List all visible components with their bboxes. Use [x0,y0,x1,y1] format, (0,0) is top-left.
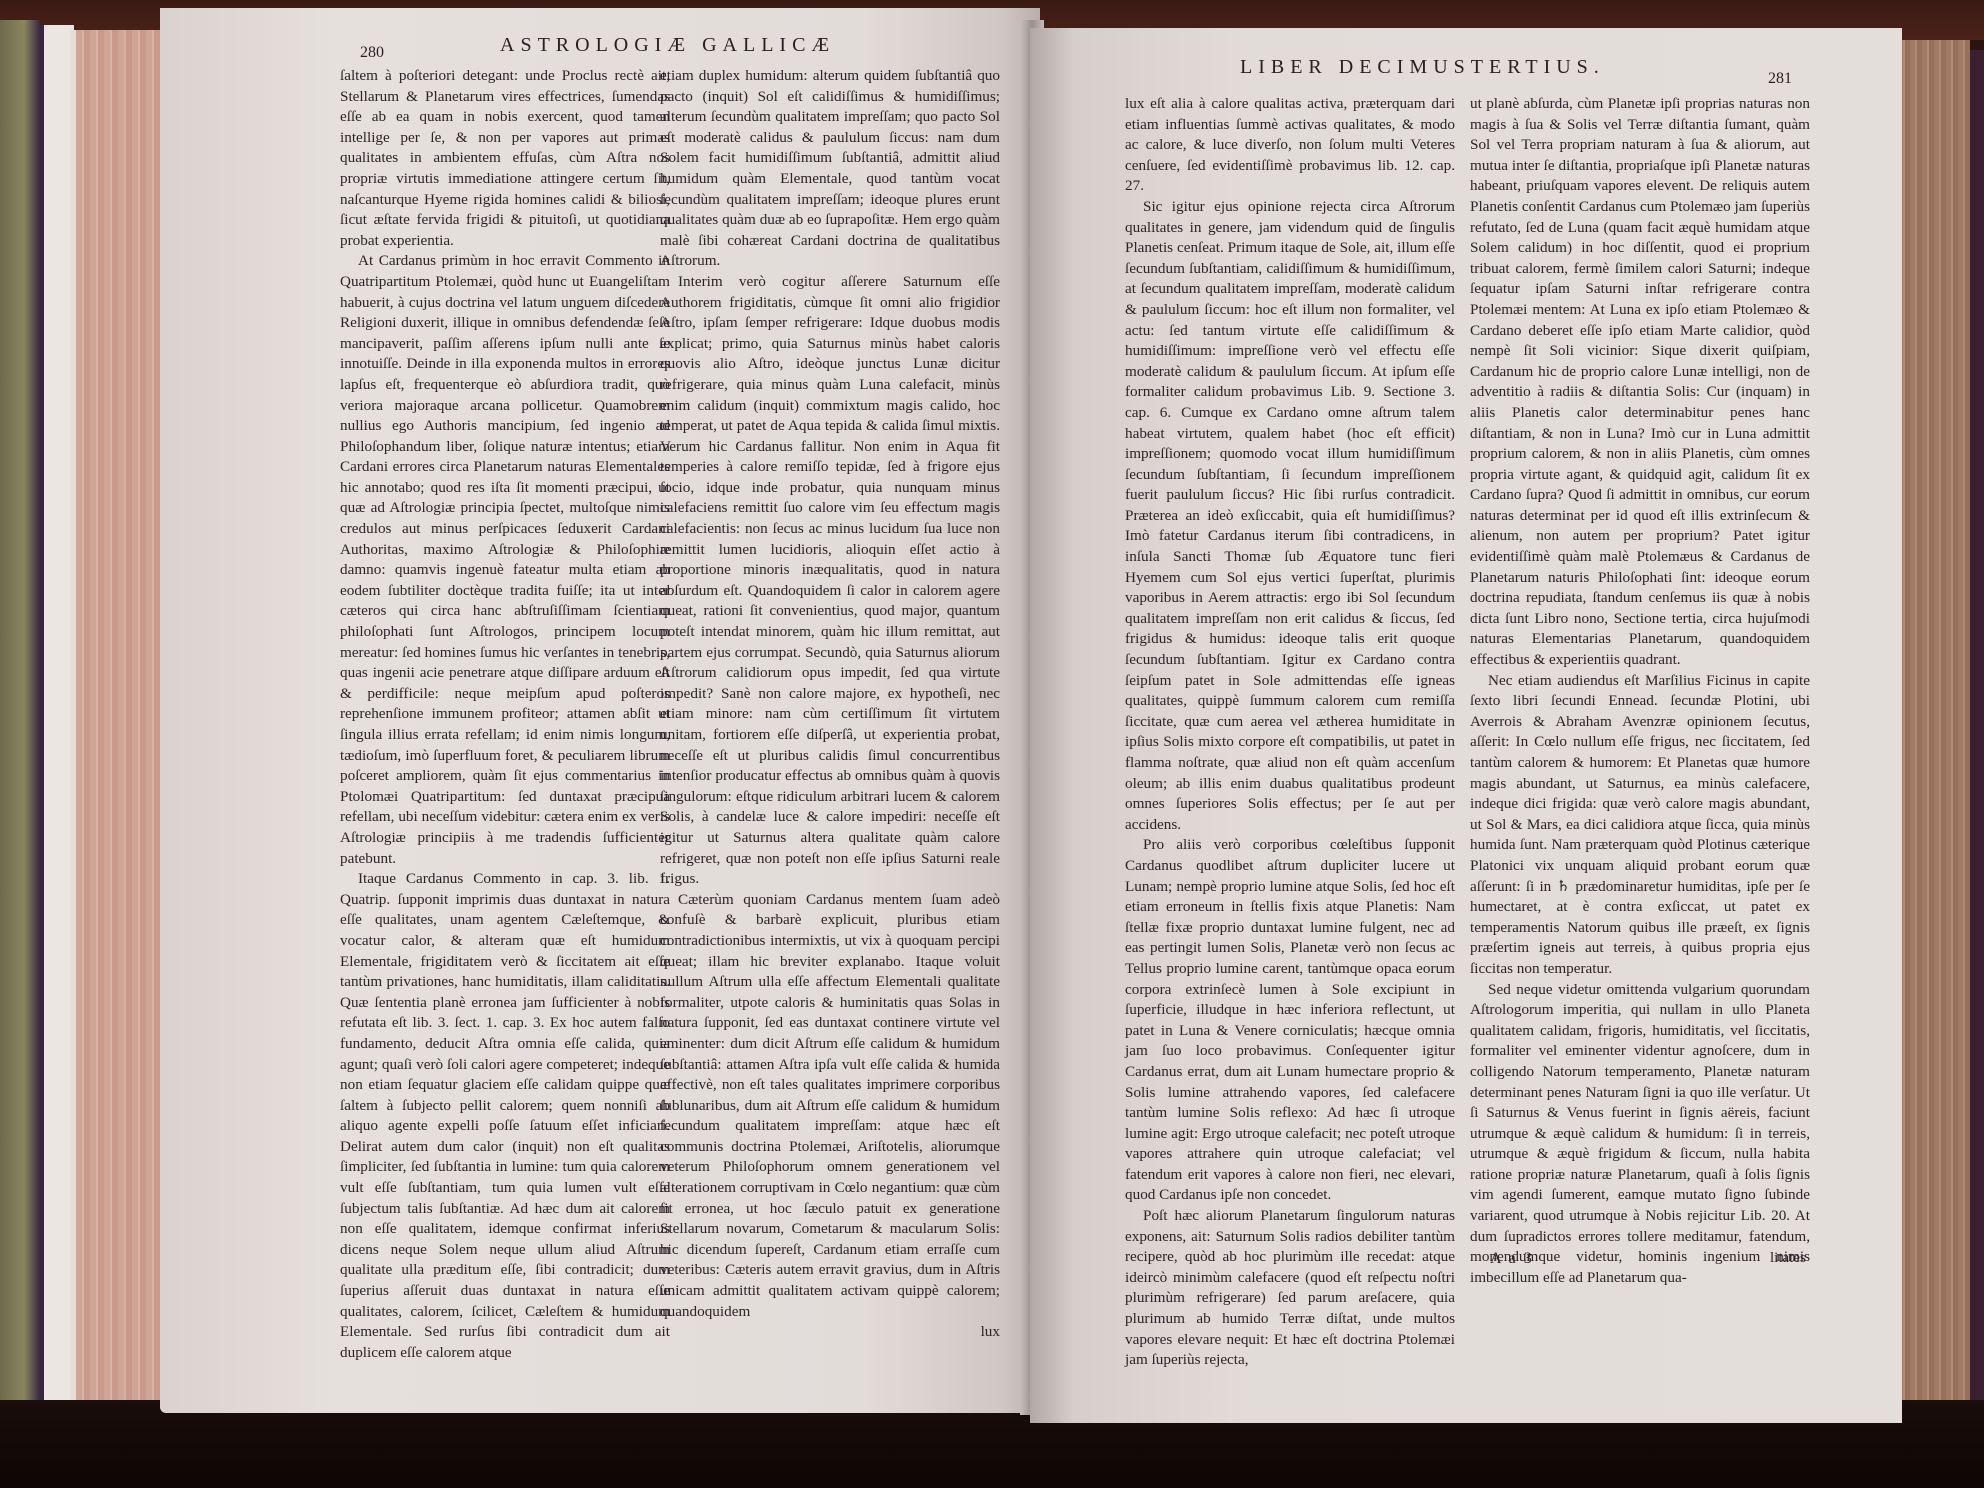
book-cover-right [1970,50,1984,1420]
right-page: LIBER DECIMUSTERTIUS. 281 lux eſt alia à… [1030,28,1902,1423]
paragraph: ut planè abſurda, cùm Planetæ ipſi propr… [1470,94,1810,671]
signature-mark: A a 3 [1490,1250,1534,1268]
catchword-left: lux [660,1322,1000,1343]
running-head-left: ASTROLOGIÆ GALLICÆ [500,34,835,57]
right-page-column-2: ut planè abſurda, cùm Planetæ ipſi propr… [1470,94,1810,1288]
paragraph: Interim verò cogitur aſſerere Saturnum e… [660,272,1000,890]
page-edges-right [1898,40,1970,1420]
page-edges-left [70,30,166,1410]
left-page-column-1: ſaltem à poſteriori detegant: unde Procl… [340,66,670,1363]
paragraph: Poſt hæc aliorum Planetarum ſingulorum n… [1125,1206,1455,1371]
paragraph: etiam duplex humidum: alterum quidem ſub… [660,66,1000,272]
left-page-column-2: etiam duplex humidum: alterum quidem ſub… [660,66,1000,1343]
paragraph: ſaltem à poſteriori detegant: unde Procl… [340,66,670,251]
paragraph: Sed neque videtur omittenda vulgarium qu… [1470,980,1810,1289]
catchword-right: litates [1770,1250,1806,1267]
running-head-right: LIBER DECIMUSTERTIUS. [1240,56,1605,79]
page-number-left: 280 [360,44,384,62]
right-page-column-1: lux eſt alia à calore qualitas activa, p… [1125,94,1455,1371]
paragraph: Cæterùm quoniam Cardanus mentem ſuam ade… [660,890,1000,1322]
paragraph: Sic igitur ejus opinione rejecta circa A… [1125,197,1455,835]
book-cover-left [0,20,40,1420]
left-page: 280 ASTROLOGIÆ GALLICÆ ſaltem à poſterio… [160,8,1040,1413]
paragraph: lux eſt alia à calore qualitas activa, p… [1125,94,1455,197]
page-number-right: 281 [1768,70,1792,88]
paragraph: At Cardanus primùm in hoc erravit Commen… [340,251,670,869]
paragraph: Pro aliis verò corporibus cœleſtibus ſup… [1125,835,1455,1206]
paragraph: Itaque Cardanus Commento in cap. 3. lib.… [340,869,670,1363]
paragraph: Nec etiam audiendus eſt Marſilius Ficinu… [1470,671,1810,980]
endpaper-left [40,25,74,1415]
